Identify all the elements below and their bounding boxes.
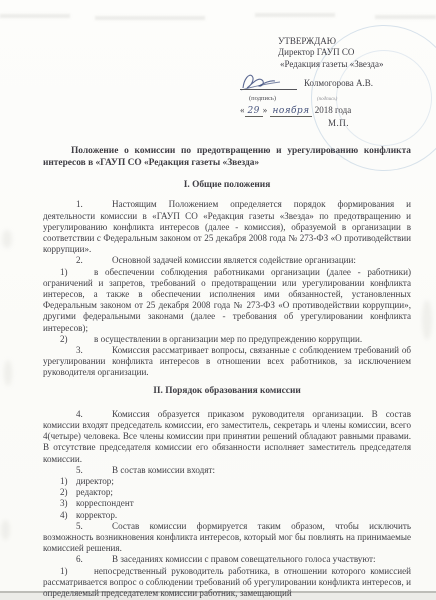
date-open-quote: « xyxy=(240,105,245,115)
scan-smudge xyxy=(422,300,432,340)
item-text: в обеспечении соблюдения работниками орг… xyxy=(43,267,411,333)
item-number: 2) xyxy=(60,487,76,498)
item-number: 4) xyxy=(60,510,76,521)
paragraph-2-item-2: 2)в осуществлении в организации мер по п… xyxy=(43,334,411,345)
paragraph-text: В заседаниях комиссии с правом совещател… xyxy=(112,554,376,564)
scan-streak xyxy=(255,13,335,17)
paragraph-5: 5.В состав комиссии входят: xyxy=(43,465,411,476)
item-text: редактор; xyxy=(76,487,113,497)
document-title-line2: интересов в «ГАУП СО «Редакция газеты «З… xyxy=(43,158,411,170)
member-item: 4)корректор. xyxy=(43,510,411,521)
paragraph-6-item-1: 1)непосредственный руководитель работник… xyxy=(43,566,411,600)
document-title-line1: Положение о комиссии по предотвращению и… xyxy=(43,146,411,158)
approver-position: Директор ГАУП СО xyxy=(278,47,432,58)
approval-label: УТВЕРЖДАЮ xyxy=(278,36,432,47)
item-number: 1) xyxy=(60,476,76,487)
date-year: 2018 года xyxy=(315,105,352,115)
paragraph-number: 6. xyxy=(76,554,112,565)
handwritten-day: 29 xyxy=(245,106,263,117)
approver-organization: «Редакция газеты «Звезда» xyxy=(280,59,432,70)
scanned-document-page: УТВЕРЖДАЮ Директор ГАУП СО «Редакция газ… xyxy=(0,0,436,600)
approval-date: «29» ноября 2018 года xyxy=(240,105,432,117)
section-heading-formation: II. Порядок образования комиссии xyxy=(43,386,411,397)
signature-caption: (подпись) xyxy=(249,93,276,104)
signature-line xyxy=(240,89,297,90)
scan-smudge xyxy=(2,230,12,248)
member-item: 1)директор; xyxy=(43,476,411,487)
item-text: корреспондент xyxy=(76,498,134,508)
scan-smudge xyxy=(4,360,12,386)
paragraph-number: 5. xyxy=(76,465,112,476)
paragraph-2-item-1: 1)в обеспечении соблюдения работниками о… xyxy=(43,267,411,334)
signature-captions: (подпись) (подпись) xyxy=(240,93,432,103)
paragraph-number: 2. xyxy=(76,255,112,266)
item-number: 1) xyxy=(60,566,94,577)
scan-smudge xyxy=(1,520,10,540)
paragraph-3: 3.Комиссия рассматривает вопросы, связан… xyxy=(43,345,411,379)
paragraph-1: 1.Настоящим Положением определяется поря… xyxy=(43,199,411,255)
signature-caption-small: (подпись) xyxy=(317,94,337,105)
paragraph-6: 6.В заседаниях комиссии с правом совещат… xyxy=(43,554,411,565)
paragraph-number: 4. xyxy=(76,409,112,420)
section-heading-general: I. Общие положения xyxy=(43,180,411,191)
paragraph-4: 4.Комиссия образуется приказом руководит… xyxy=(43,409,411,465)
scan-streak xyxy=(375,15,436,19)
member-item: 3)корреспондент xyxy=(43,498,411,509)
paragraph-number: 1. xyxy=(76,199,112,210)
paragraph-number: 5. xyxy=(76,521,112,532)
paragraph-text: Основной задачей комиссии является содей… xyxy=(112,255,356,265)
date-close-quote: » xyxy=(263,105,268,115)
signer-name: Колмогорова А.В. xyxy=(304,78,373,89)
paragraph-2: 2.Основной задачей комиссии является сод… xyxy=(43,255,411,266)
paragraph-number: 3. xyxy=(76,345,112,356)
item-text: директор; xyxy=(76,476,114,486)
item-text: корректор. xyxy=(76,510,117,520)
member-item: 2)редактор; xyxy=(43,487,411,498)
item-number: 3) xyxy=(60,498,76,509)
scan-streak xyxy=(95,16,205,20)
item-text: в осуществлении в организации мер по пре… xyxy=(94,334,362,344)
approval-block: УТВЕРЖДАЮ Директор ГАУП СО «Редакция газ… xyxy=(240,36,432,129)
item-text: непосредственный руководитель работника,… xyxy=(43,566,411,598)
handwritten-month: ноября xyxy=(270,106,313,117)
item-number: 1) xyxy=(60,267,94,278)
item-number: 2) xyxy=(60,334,94,345)
document-body: Положение о комиссии по предотвращению и… xyxy=(43,146,411,599)
paragraph-5b: 5.Состав комиссии формируется таким обра… xyxy=(43,521,411,555)
paragraph-text: В состав комиссии входят: xyxy=(112,465,215,475)
signature-row: Колмогорова А.В. xyxy=(240,70,432,93)
scan-streak xyxy=(0,14,70,18)
seal-place-mark: М.П. xyxy=(328,118,432,129)
